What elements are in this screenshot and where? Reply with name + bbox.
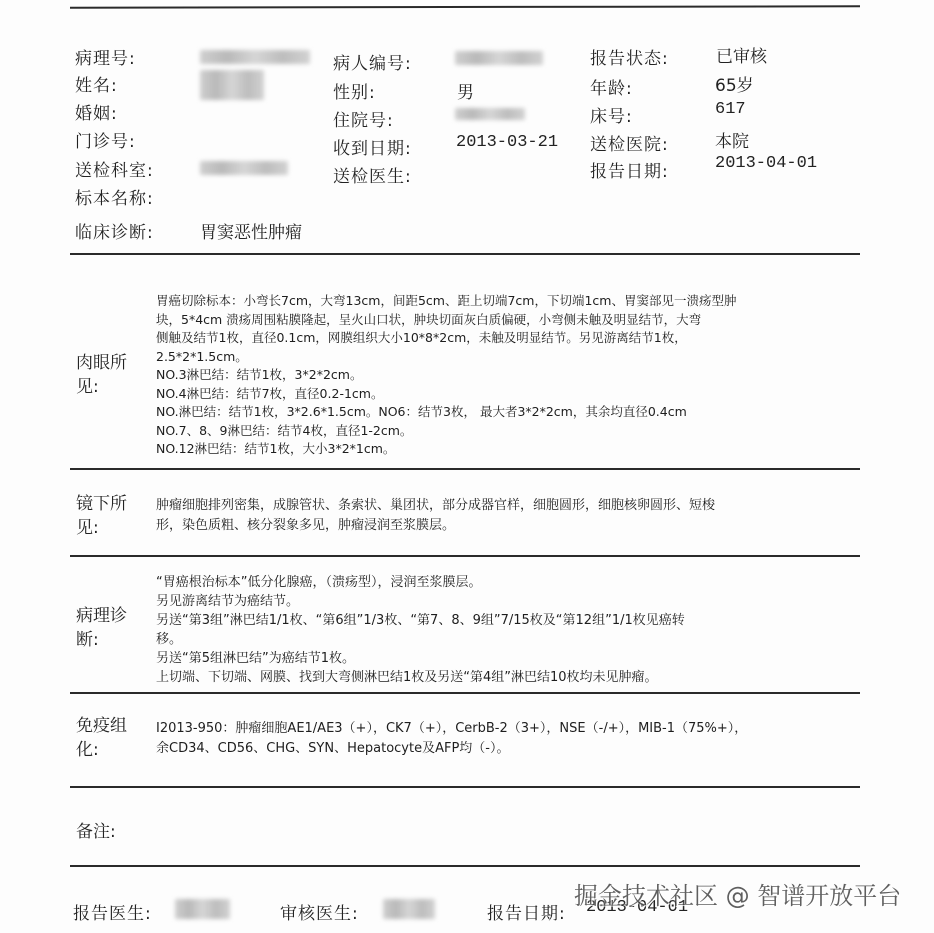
name-label: 姓名: (75, 71, 118, 96)
top-divider (70, 5, 860, 8)
report-status-value: 已审核 (716, 42, 767, 67)
gross-line: NO.4淋巴结：结节7枚，直径0.2-1cm。 (156, 385, 846, 404)
department-label: 送检科室: (75, 156, 154, 181)
remarks-label: 备注: (76, 820, 146, 844)
clinical-diagnosis-value: 胃窦恶性肿瘤 (200, 218, 302, 243)
bed-number-value: 617 (715, 100, 746, 119)
ihc-divider (70, 786, 860, 788)
gender-label: 性别: (333, 78, 376, 103)
gross-line: NO.3淋巴结：结节1枚，3*2*2cm。 (156, 366, 846, 385)
clinical-diagnosis-label: 临床诊断: (75, 218, 154, 243)
remarks-divider (70, 865, 860, 867)
gross-line: NO.淋巴结：结节1枚，3*2.6*1.5cm。NO6：结节3枚， 最大者3*2… (156, 403, 846, 422)
microscopic-findings-text: 肿瘤细胞排列密集，成腺管状、条索状、巢团状，部分成器官样，细胞圆形，细胞核卵圆形… (156, 496, 846, 536)
microscopic-line: 形，染色质粗、核分裂象多见，肿瘤浸润至浆膜层。 (156, 516, 846, 536)
diagnosis-divider (70, 692, 860, 694)
diagnosis-line: 另送“第3组”淋巴结1/1枚、“第6组”1/3枚、“第7、8、9组”7/15枚及… (156, 611, 846, 630)
gross-line: 2.5*2*1.5cm。 (156, 348, 846, 367)
report-date-value: 2013-04-01 (715, 154, 817, 173)
diagnosis-line: 移。 (156, 630, 846, 649)
header-divider (70, 253, 860, 255)
hospital-label: 送检医院: (590, 130, 669, 155)
microscopic-label: 镜下所见: (76, 492, 146, 540)
pathology-diagnosis-text: “胃癌根治标本”低分化腺癌，（溃疡型），浸润至浆膜层。 另见游离结节为癌结节。 … (156, 573, 846, 687)
patient-id-value-redacted (455, 51, 543, 65)
outpatient-number-label: 门诊号: (75, 127, 136, 152)
diagnosis-line: 另见游离结节为癌结节。 (156, 592, 846, 611)
gross-line: 侧触及结节1枚，直径0.1cm，网膜组织大小10*8*2cm，未触及明显结节。另… (156, 329, 846, 348)
hospital-value: 本院 (715, 127, 749, 152)
microscopic-divider (70, 555, 860, 557)
gender-value: 男 (457, 78, 474, 103)
gross-line: 胃癌切除标本：小弯长7cm，大弯13cm，间距5cm、距上切端7cm，下切端1c… (156, 292, 846, 311)
diagnosis-line: “胃癌根治标本”低分化腺癌，（溃疡型），浸润至浆膜层。 (156, 573, 846, 592)
marital-label: 婚姻: (75, 99, 118, 124)
gross-label: 肉眼所见: (76, 351, 146, 399)
ihc-text: I2013-950：肿瘤细胞AE1/AE3（+），CK7（+），CerbB-2（… (156, 719, 846, 759)
footer-report-date-label: 报告日期: (487, 899, 566, 924)
report-date-label: 报告日期: (590, 157, 669, 182)
age-value: 65岁 (715, 71, 754, 96)
name-value-redacted (200, 70, 264, 100)
gross-line: NO.7、8、9淋巴结：结节4枚，直径1-2cm。 (156, 422, 846, 441)
pathology-diagnosis-label: 病理诊断: (76, 604, 146, 652)
age-label: 年龄: (590, 74, 633, 99)
requesting-doctor-label: 送检医生: (333, 162, 412, 187)
bed-number-label: 床号: (590, 102, 633, 127)
report-doctor-value-redacted (175, 899, 230, 919)
inpatient-number-label: 住院号: (333, 106, 394, 131)
patient-id-label: 病人编号: (333, 49, 412, 74)
report-status-label: 报告状态: (590, 44, 669, 69)
diagnosis-line: 另送“第5组淋巴结”为癌结节1枚。 (156, 649, 846, 668)
microscopic-line: 肿瘤细胞排列密集，成腺管状、条索状、巢团状，部分成器官样，细胞圆形，细胞核卵圆形… (156, 496, 846, 516)
specimen-name-label: 标本名称: (75, 184, 154, 209)
gross-findings-text: 胃癌切除标本：小弯长7cm，大弯13cm，间距5cm、距上切端7cm，下切端1c… (156, 292, 846, 459)
review-doctor-value-redacted (383, 899, 435, 919)
watermark: 掘金技术社区 @ 智谱开放平台 (574, 876, 901, 911)
received-date-label: 收到日期: (333, 134, 412, 159)
gross-line: NO.12淋巴结：结节1枚，大小3*2*1cm。 (156, 440, 846, 459)
diagnosis-line: 上切端、下切端、网膜、找到大弯侧淋巴结1枚及另送“第4组”淋巴结10枚均未见肿瘤… (156, 668, 846, 687)
review-doctor-label: 审核医生: (280, 899, 359, 924)
received-date-value: 2013-03-21 (456, 133, 558, 152)
ihc-line: 余CD34、CD56、CHG、SYN、Hepatocyte及AFP均（-）。 (156, 739, 846, 759)
department-value-redacted (200, 161, 288, 175)
pathology-number-label: 病理号: (75, 44, 136, 69)
ihc-label: 免疫组化: (76, 714, 146, 762)
gross-divider (70, 468, 860, 470)
report-doctor-label: 报告医生: (73, 899, 152, 924)
pathology-number-value-redacted (200, 50, 310, 64)
gross-line: 块，5*4cm 溃疡周围粘膜隆起，呈火山口状，肿块切面灰白质偏硬，小弯侧未触及明… (156, 311, 846, 330)
inpatient-number-value-redacted (455, 108, 525, 120)
ihc-line: I2013-950：肿瘤细胞AE1/AE3（+），CK7（+），CerbB-2（… (156, 719, 846, 739)
